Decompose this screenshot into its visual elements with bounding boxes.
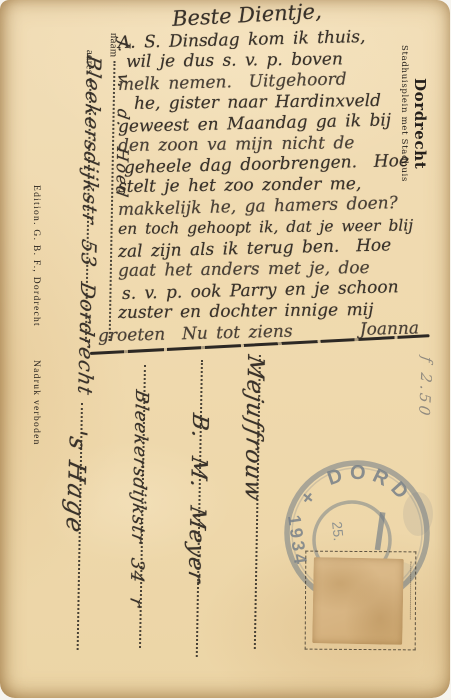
publisher-imprint: Edition. G. B. F., Dordrecht	[31, 185, 41, 327]
message-greeting: Beste Dientje,	[171, 0, 322, 31]
postmark-killer-bar	[375, 512, 386, 550]
pencil-price-note: f 2.50	[415, 355, 436, 419]
printer-mark	[410, 561, 411, 619]
postcard: Beste Dientje, A. S. Dinsdag kom ik thui…	[0, 0, 450, 698]
stamp-box	[305, 551, 417, 651]
stamp-residue	[312, 557, 404, 645]
caption-title: Dordrecht	[411, 78, 429, 169]
scan-background: Beste Dientje, A. S. Dinsdag kom ik thui…	[0, 0, 451, 700]
address-handwriting-2: B. M. Meyer	[183, 411, 212, 585]
postmark-smudge	[403, 492, 433, 536]
sender-naam-handwriting: J. v. d. Hoed	[112, 39, 134, 200]
copyright-imprint: Nadruk verboden	[31, 360, 41, 446]
address-handwriting-3: Bleekersdijkstr 34 r	[125, 388, 152, 609]
address-handwriting-4: 's Hage	[61, 426, 92, 538]
address-handwriting-1: Mejuffrouw	[240, 353, 268, 503]
postmark-day: 25.	[329, 521, 347, 542]
caption-subtitle: Stadhuisplein met Stadhuis	[399, 45, 409, 182]
